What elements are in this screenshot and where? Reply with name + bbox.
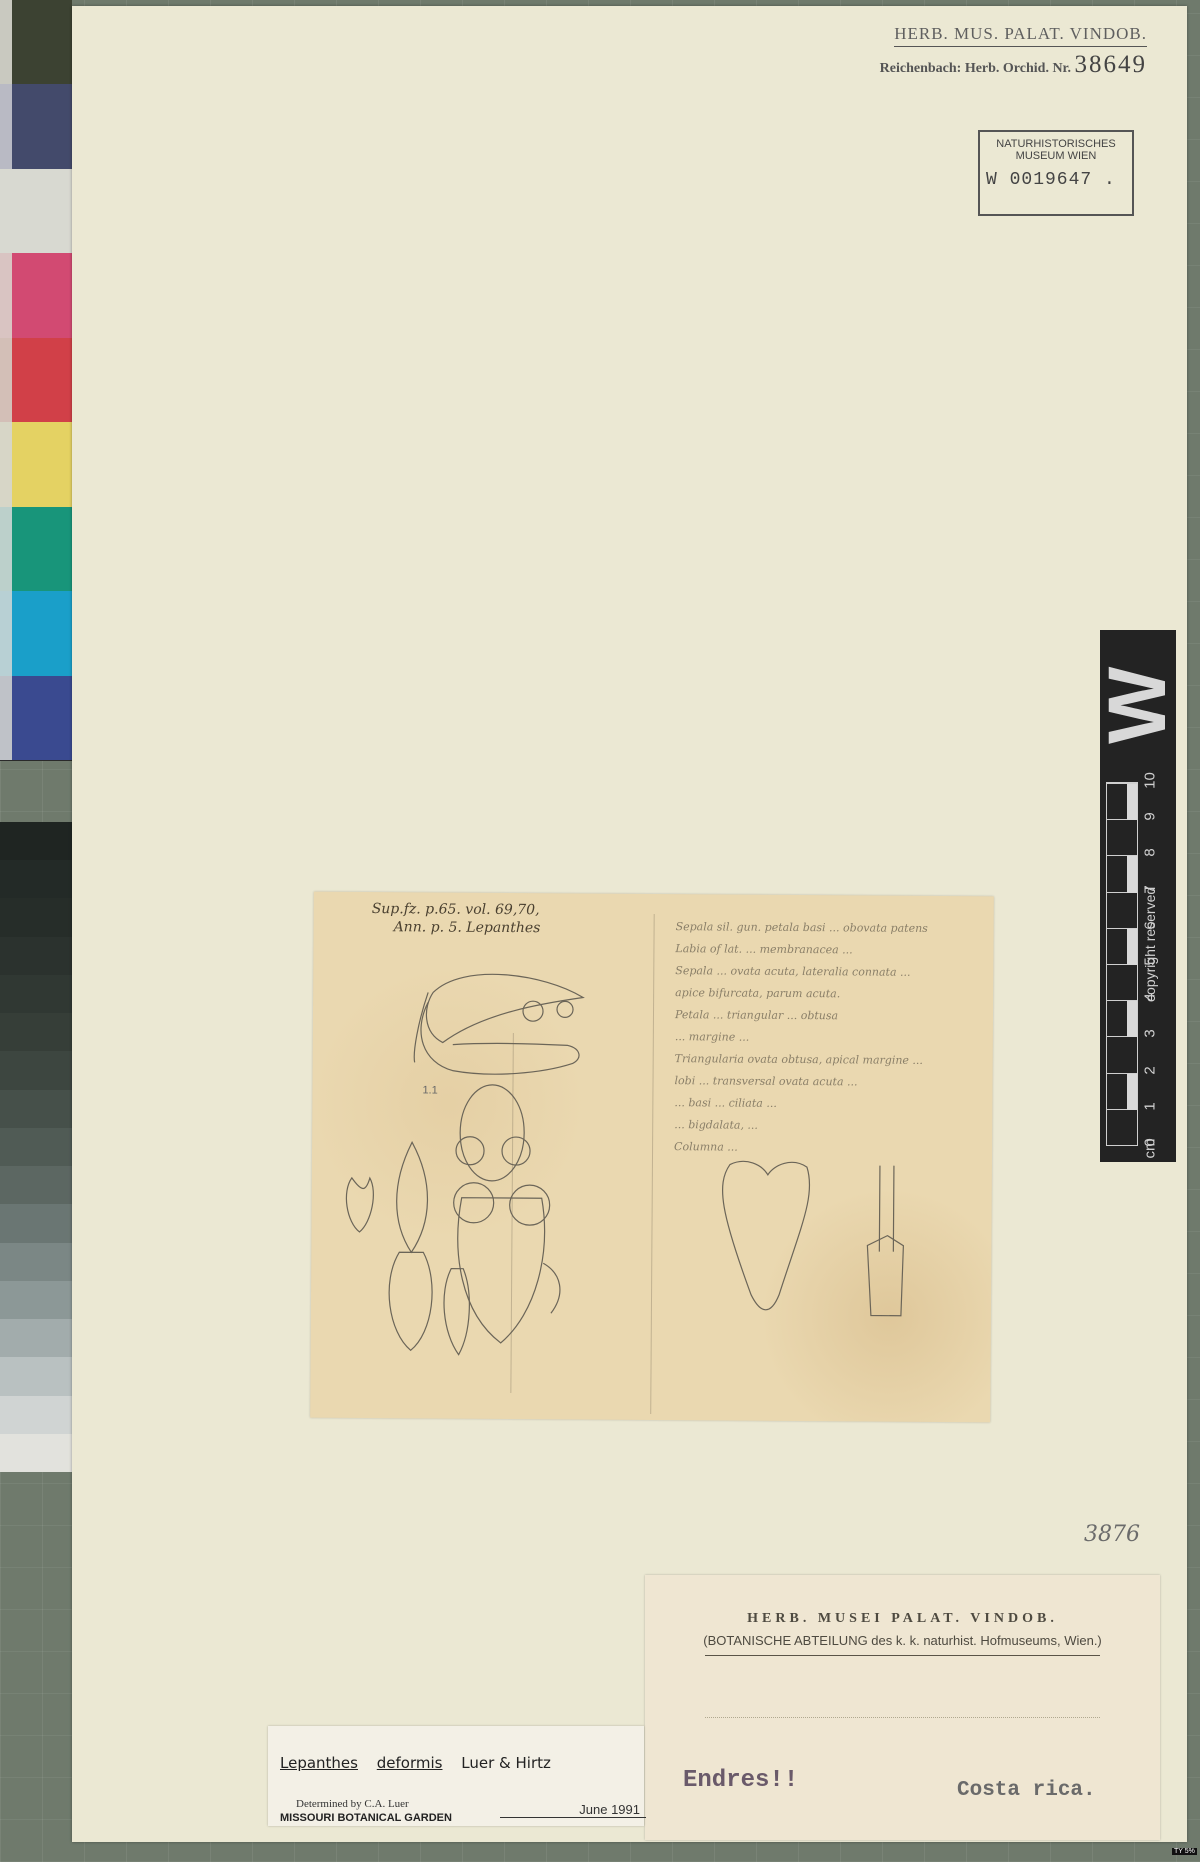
ruler-white-block bbox=[1127, 929, 1137, 965]
ruler-white-block bbox=[1127, 784, 1137, 820]
copyright-notice: copyright reserved bbox=[1142, 887, 1158, 1002]
gray-step bbox=[0, 1434, 72, 1472]
institution: MISSOURI BOTANICAL GARDEN bbox=[280, 1812, 452, 1824]
swatch-yellow bbox=[0, 422, 72, 507]
gray-step bbox=[0, 1204, 72, 1242]
swatch-navy-gray bbox=[0, 84, 72, 169]
gray-step bbox=[0, 975, 72, 1013]
gray-step bbox=[0, 1090, 72, 1128]
gray-step bbox=[0, 822, 72, 860]
swatch-tint bbox=[0, 84, 12, 168]
stamp-reichenbach-line: Reichenbach: Herb. Orchid. Nr. 38649 bbox=[880, 51, 1147, 79]
gray-step bbox=[0, 1396, 72, 1434]
swatch-tint bbox=[0, 0, 12, 84]
gray-step bbox=[0, 937, 72, 975]
catalog-number: W 0019647 . bbox=[986, 170, 1132, 190]
collector-name: Endres!! bbox=[683, 1767, 798, 1794]
color-calibration-chart bbox=[0, 0, 72, 760]
label-subtitle: (BOTANISCHE ABTEILUNG des k. k. naturhis… bbox=[645, 1633, 1160, 1648]
ruler-segment bbox=[1107, 819, 1137, 856]
gray-step bbox=[0, 1319, 72, 1357]
swatch-white bbox=[0, 169, 72, 254]
label-rule bbox=[705, 1655, 1100, 1656]
gray-step bbox=[0, 1128, 72, 1166]
ruler-segment bbox=[1107, 1000, 1137, 1037]
swatch-red bbox=[0, 338, 72, 423]
species-epithet: deformis bbox=[377, 1754, 443, 1772]
herbarium-sheet: HERB. MUS. PALAT. VINDOB. Reichenbach: H… bbox=[72, 6, 1187, 1842]
swatch-tint bbox=[0, 253, 12, 337]
swatch-color bbox=[12, 591, 72, 675]
swatch-tint bbox=[0, 507, 12, 591]
museum-name-line2: MUSEUM WIEN bbox=[980, 150, 1132, 162]
corner-badge: TY 5% bbox=[1172, 1848, 1197, 1855]
genus: Lepanthes bbox=[280, 1754, 358, 1772]
orchid-flower-sketches bbox=[310, 892, 994, 1423]
label-dotted-rule bbox=[705, 1717, 1100, 1718]
swatch-magenta bbox=[0, 253, 72, 338]
gray-step bbox=[0, 860, 72, 898]
swatch-color bbox=[12, 338, 72, 422]
ruler-tick-label: 9 bbox=[1142, 807, 1159, 827]
swatch-color bbox=[12, 253, 72, 337]
gray-step bbox=[0, 1166, 72, 1204]
swatch-cyan bbox=[0, 591, 72, 676]
gray-step bbox=[0, 1281, 72, 1319]
swatch-tint bbox=[0, 338, 12, 422]
swatch-color bbox=[12, 0, 72, 84]
ruler-segment bbox=[1107, 928, 1137, 965]
ruler-segment bbox=[1107, 892, 1137, 929]
ruler-tick-label: 1 bbox=[1142, 1096, 1159, 1116]
ruler-white-block bbox=[1127, 1001, 1137, 1037]
ruler-tick-label: 7 bbox=[1142, 879, 1159, 899]
authors: Luer & Hirtz bbox=[461, 1754, 551, 1772]
gray-step bbox=[0, 1013, 72, 1051]
swatch-color bbox=[12, 169, 72, 253]
swatch-color bbox=[12, 507, 72, 591]
determiner: Determined by C.A. Luer bbox=[296, 1798, 409, 1810]
swatch-blue bbox=[0, 676, 72, 761]
w-logo: W bbox=[1096, 680, 1180, 744]
ruler-tick-label: 4 bbox=[1142, 988, 1159, 1008]
ruler-segment bbox=[1107, 1073, 1137, 1110]
gray-step bbox=[0, 1243, 72, 1281]
ruler-tick-label: 2 bbox=[1142, 1060, 1159, 1080]
museum-catalog-stamp: NATURHISTORISCHES MUSEUM WIEN W 0019647 … bbox=[978, 130, 1134, 216]
ruler-segment bbox=[1107, 1036, 1137, 1073]
taxon-name: Lepanthes deformis Luer & Hirtz bbox=[280, 1754, 551, 1772]
herbarium-stamp-top: HERB. MUS. PALAT. VINDOB. Reichenbach: H… bbox=[880, 24, 1147, 79]
swatch-color bbox=[12, 422, 72, 506]
museum-name-line1: NATURHISTORISCHES bbox=[980, 138, 1132, 150]
ruler-segment bbox=[1107, 1109, 1137, 1146]
pencil-accession-number: 3876 bbox=[1084, 1522, 1140, 1547]
swatch-color bbox=[12, 676, 72, 760]
grayscale-calibration-chart bbox=[0, 822, 72, 1472]
herbarium-collection-label: HERB. MUSEI PALAT. VINDOB. (BOTANISCHE A… bbox=[645, 1575, 1160, 1840]
ruler-tick-label: 6 bbox=[1142, 915, 1159, 935]
swatch-tint bbox=[0, 591, 12, 675]
determination-label: Lepanthes deformis Luer & Hirtz Determin… bbox=[268, 1726, 644, 1826]
label-title: HERB. MUSEI PALAT. VINDOB. bbox=[645, 1611, 1160, 1627]
ruler-white-block bbox=[1127, 1074, 1137, 1110]
stamp-prefix: Reichenbach: Herb. Orchid. Nr. bbox=[880, 61, 1071, 76]
swatch-dark-olive bbox=[0, 0, 72, 85]
determination-date: June 1991 bbox=[500, 1802, 646, 1818]
swatch-color bbox=[12, 84, 72, 168]
ruler-white-block bbox=[1127, 856, 1137, 892]
scale-bar: W copyright reserved cm 012345678910 bbox=[1100, 630, 1176, 1162]
locality: Costa rica. bbox=[957, 1779, 1096, 1802]
gray-step bbox=[0, 1051, 72, 1089]
gray-step bbox=[0, 898, 72, 936]
ruler-tick-label: 0 bbox=[1142, 1133, 1159, 1153]
stamp-title: HERB. MUS. PALAT. VINDOB. bbox=[894, 24, 1147, 47]
ruler-tick-label: 10 bbox=[1142, 771, 1159, 791]
swatch-tint bbox=[0, 422, 12, 506]
ruler-tick-label: 3 bbox=[1142, 1024, 1159, 1044]
swatch-tint bbox=[0, 676, 12, 760]
swatch-tint bbox=[0, 169, 12, 253]
ruler-segment bbox=[1107, 964, 1137, 1001]
ruler-tick-label: 5 bbox=[1142, 952, 1159, 972]
botanical-drawing-sheet: Sup.fz. p.65. vol. 69,70, Ann. p. 5. Lep… bbox=[310, 892, 994, 1423]
stamp-number: 38649 bbox=[1075, 51, 1148, 78]
gray-step bbox=[0, 1357, 72, 1395]
ruler-tick-label: 8 bbox=[1142, 843, 1159, 863]
swatch-green bbox=[0, 507, 72, 592]
ruler-segment bbox=[1107, 783, 1137, 820]
ruler-segment bbox=[1107, 855, 1137, 892]
centimeter-ruler bbox=[1106, 782, 1138, 1146]
